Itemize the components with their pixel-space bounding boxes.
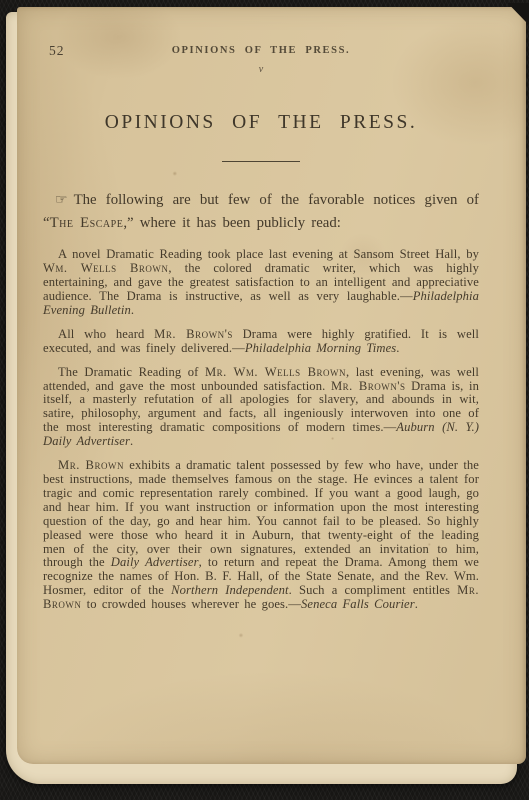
book-scan: { "colors": { "backdrop": "#181715", "pa… — [0, 0, 529, 800]
press-notices: A novel Dramatic Reading took place last… — [43, 248, 479, 612]
press-notice: Mr. Brown exhibits a dramatic talent pos… — [43, 459, 479, 612]
page-header: 52 OPINIONS OF THE PRESS. — [43, 43, 479, 60]
intro-text: The following are but few of the favorab… — [43, 192, 479, 231]
press-notice: All who heard Mr. Brown's Drama were hig… — [43, 328, 479, 356]
press-notice: The Dramatic Reading of Mr. Wm. Wells Br… — [43, 366, 479, 449]
scanned-page: 52 OPINIONS OF THE PRESS. v OPINIONS OF … — [17, 7, 526, 764]
title-rule — [222, 161, 300, 162]
intro-paragraph: ☞The following are but few of the favora… — [43, 189, 479, 235]
press-notice: A novel Dramatic Reading took place last… — [43, 248, 479, 318]
stray-pen-mark: v — [43, 64, 479, 75]
running-title: OPINIONS OF THE PRESS. — [43, 45, 479, 56]
page-content: 52 OPINIONS OF THE PRESS. v OPINIONS OF … — [43, 43, 479, 612]
page-title: OPINIONS OF THE PRESS. — [43, 112, 479, 134]
pointing-hand-icon: ☞ — [55, 192, 68, 208]
